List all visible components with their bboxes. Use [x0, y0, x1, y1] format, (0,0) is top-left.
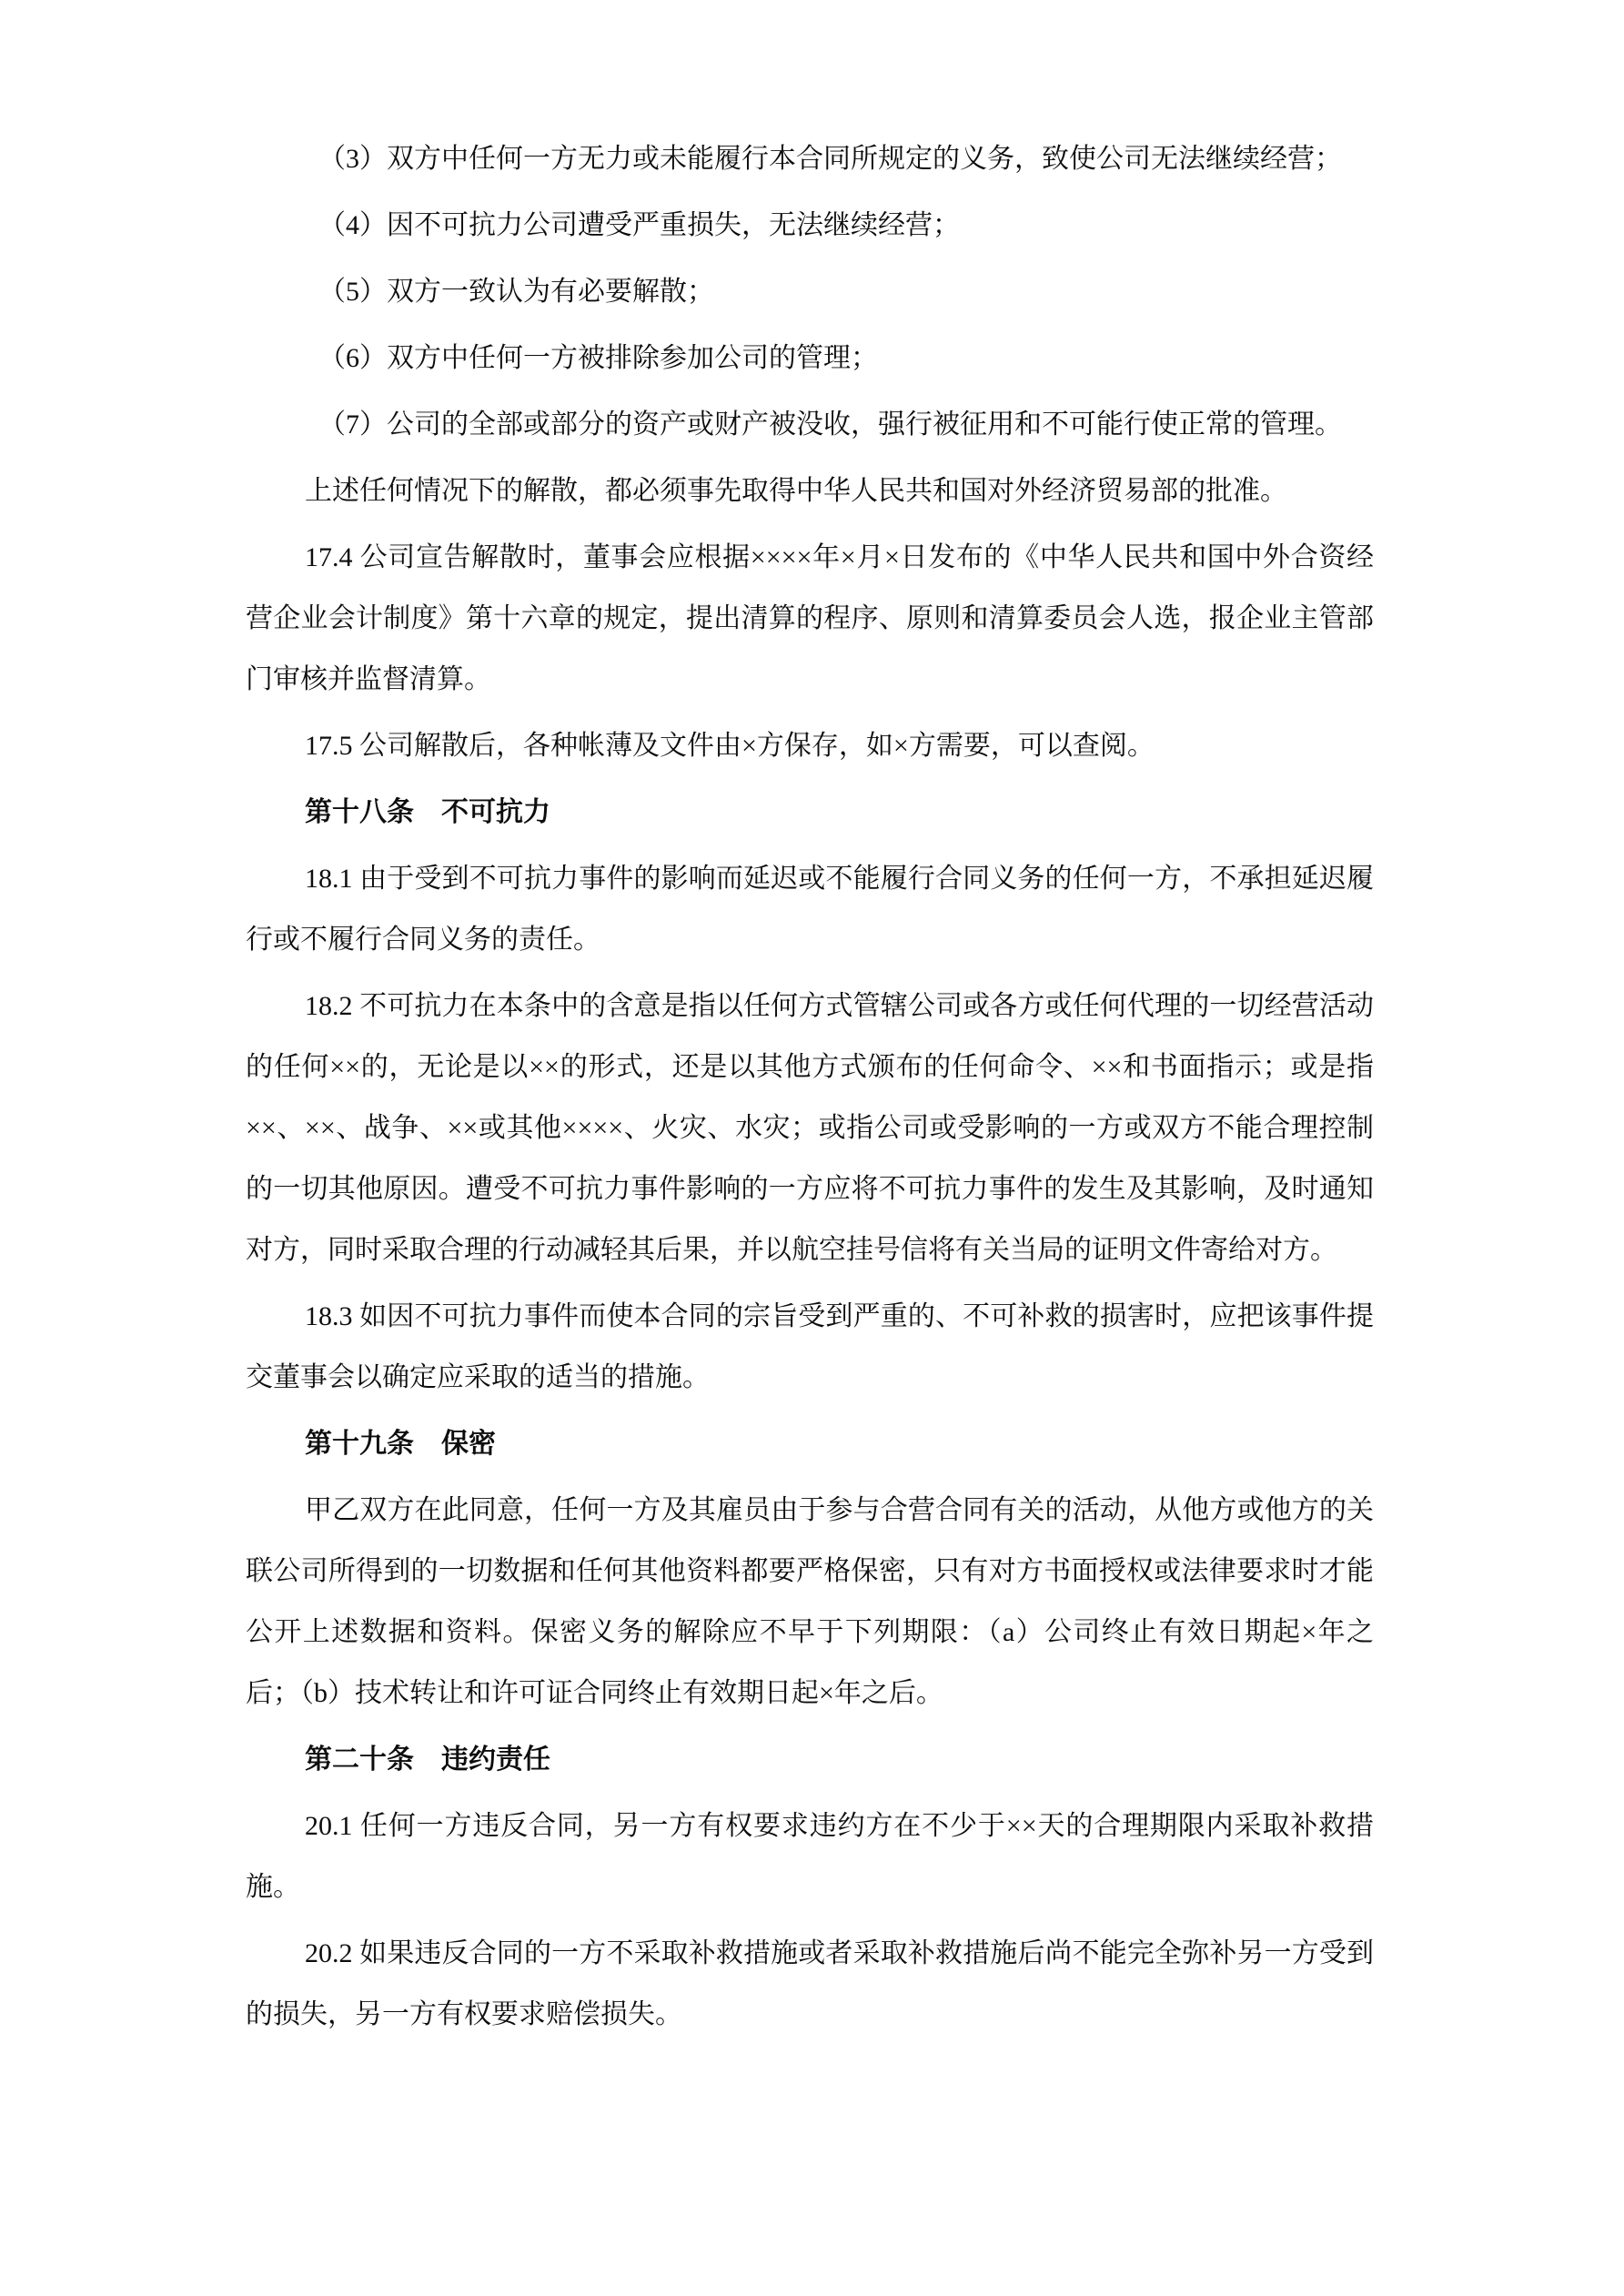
clause-19-body: 甲乙双方在此同意，任何一方及其雇员由于参与合营合同有关的活动，从他方或他方的关联…	[246, 1480, 1374, 1724]
article-18-heading: 第十八条 不可抗力	[246, 782, 1374, 843]
clause-18-2: 18.2 不可抗力在本条中的含意是指以任何方式管辖公司或各方或任何代理的一切经营…	[246, 976, 1374, 1280]
clause-20-1: 20.1 任何一方违反合同，另一方有权要求违约方在不少于××天的合理期限内采取补…	[246, 1795, 1374, 1917]
clause-17-item-4: （4）因不可抗力公司遭受严重损失，无法继续经营；	[246, 195, 1374, 256]
clause-17-item-7: （7）公司的全部或部分的资产或财产被没收，强行被征用和不可能行使正常的管理。	[246, 394, 1374, 455]
article-20-heading: 第二十条 违约责任	[246, 1729, 1374, 1790]
clause-20-2: 20.2 如果违反合同的一方不采取补救措施或者采取补救措施后尚不能完全弥补另一方…	[246, 1923, 1374, 2045]
clause-17-item-6: （6）双方中任何一方被排除参加公司的管理；	[246, 328, 1374, 389]
clause-18-3: 18.3 如因不可抗力事件而使本合同的宗旨受到严重的、不可补救的损害时，应把该事…	[246, 1286, 1374, 1408]
article-19-heading: 第十九条 保密	[246, 1413, 1374, 1474]
clause-17-note: 上述任何情况下的解散，都必须事先取得中华人民共和国对外经济贸易部的批准。	[246, 460, 1374, 521]
clause-18-1: 18.1 由于受到不可抗力事件的影响而延迟或不能履行合同义务的任何一方，不承担延…	[246, 848, 1374, 970]
clause-17-5: 17.5 公司解散后，各种帐薄及文件由×方保存，如×方需要，可以查阅。	[246, 715, 1374, 776]
clause-17-4: 17.4 公司宣告解散时，董事会应根据××××年×月×日发布的《中华人民共和国中…	[246, 527, 1374, 710]
contract-text-block: （3）双方中任何一方无力或未能履行本合同所规定的义务，致使公司无法继续经营； （…	[246, 128, 1374, 2050]
clause-17-item-5: （5）双方一致认为有必要解散；	[246, 261, 1374, 322]
document-page: （3）双方中任何一方无力或未能履行本合同所规定的义务，致使公司无法继续经营； （…	[0, 0, 1624, 2296]
clause-17-item-3: （3）双方中任何一方无力或未能履行本合同所规定的义务，致使公司无法继续经营；	[246, 128, 1374, 189]
